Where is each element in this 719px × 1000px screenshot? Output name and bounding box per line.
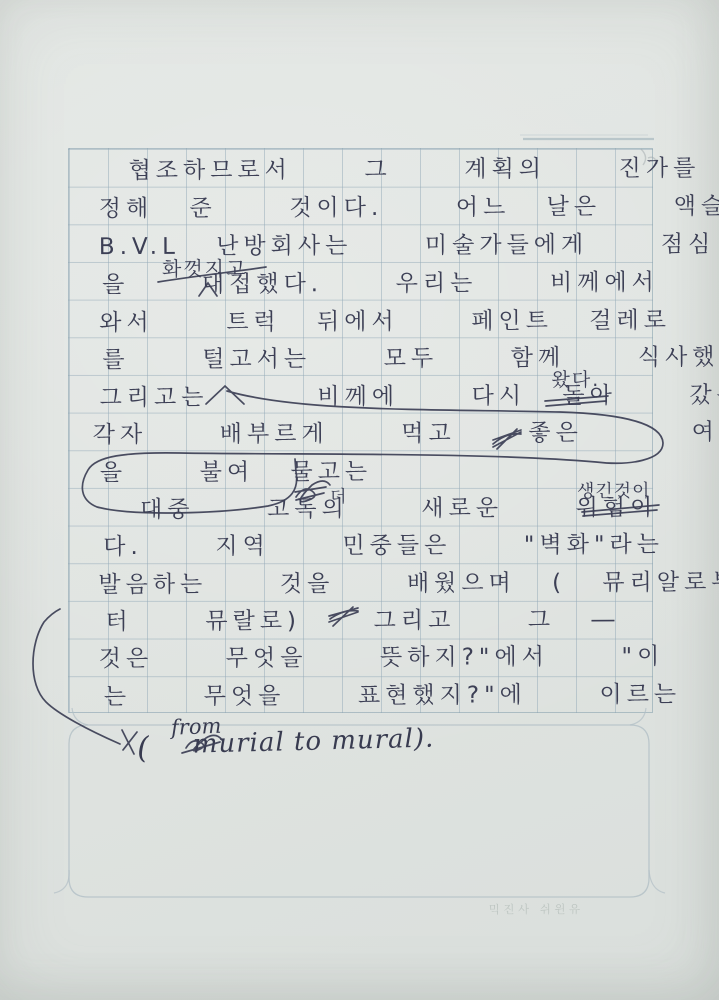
handwriting-line-13: 터 뮤랄로) 그리고 그 ― 어휘는 "그 <box>105 604 719 640</box>
margin-note-open-paren: ( <box>137 731 150 766</box>
scribble-note-above-line-10: 더 <box>330 482 349 507</box>
handwriting-line-14: 것은 무엇을 뜻하지?"에서 "이 벽화― <box>99 641 719 676</box>
correction-above-line-7: 왔다. <box>551 365 600 392</box>
handwriting-line-12: 발음하는 것을 배웠으며 ( 뮤리알로부 <box>98 567 719 602</box>
insertion-above-line-4: 화껏지고 <box>162 252 247 281</box>
handwriting-line-1: 협조하므로서 그 계획의 진가를 인 <box>128 153 719 188</box>
manuscript-page: 협조하므로서 그 계획의 진가를 인 정해 준 것이다. 어느 날은 액슬.세일… <box>0 0 719 1000</box>
handwriting-line-6: 를 털고서는 모두 함께 식사했다. <box>102 342 719 377</box>
handwriting-line-5: 와서 트럭 뒤에서 페인트 걸레로 먼지 <box>99 305 719 340</box>
handwriting-line-7: 그리고는 비께에 다시 돌아 갔는데 <box>99 380 719 415</box>
footer-faint-imprint: 믹진사 쉬윈유 <box>489 901 584 917</box>
margin-note: ( murial to mural). <box>137 724 435 767</box>
handwriting-line-2: 정해 준 것이다. 어느 날은 액슬.세일즈 와 <box>99 191 719 226</box>
margin-note-text: murial to mural). <box>192 724 434 760</box>
correction-above-line-10: 생긴것이 <box>577 477 651 503</box>
handwriting-layer: 협조하므로서 그 계획의 진가를 인 정해 준 것이다. 어느 날은 액슬.세일… <box>0 0 719 1000</box>
handwriting-line-15: 는 무엇을 표현했지?"에 이르는 질 <box>104 679 719 714</box>
handwriting-line-11: 다. 지역 민중들은 "벽화"라는 단어를 <box>103 529 719 564</box>
handwriting-line-8: 각자 배부르게 먹고 좋은 여송연 <box>93 417 719 452</box>
